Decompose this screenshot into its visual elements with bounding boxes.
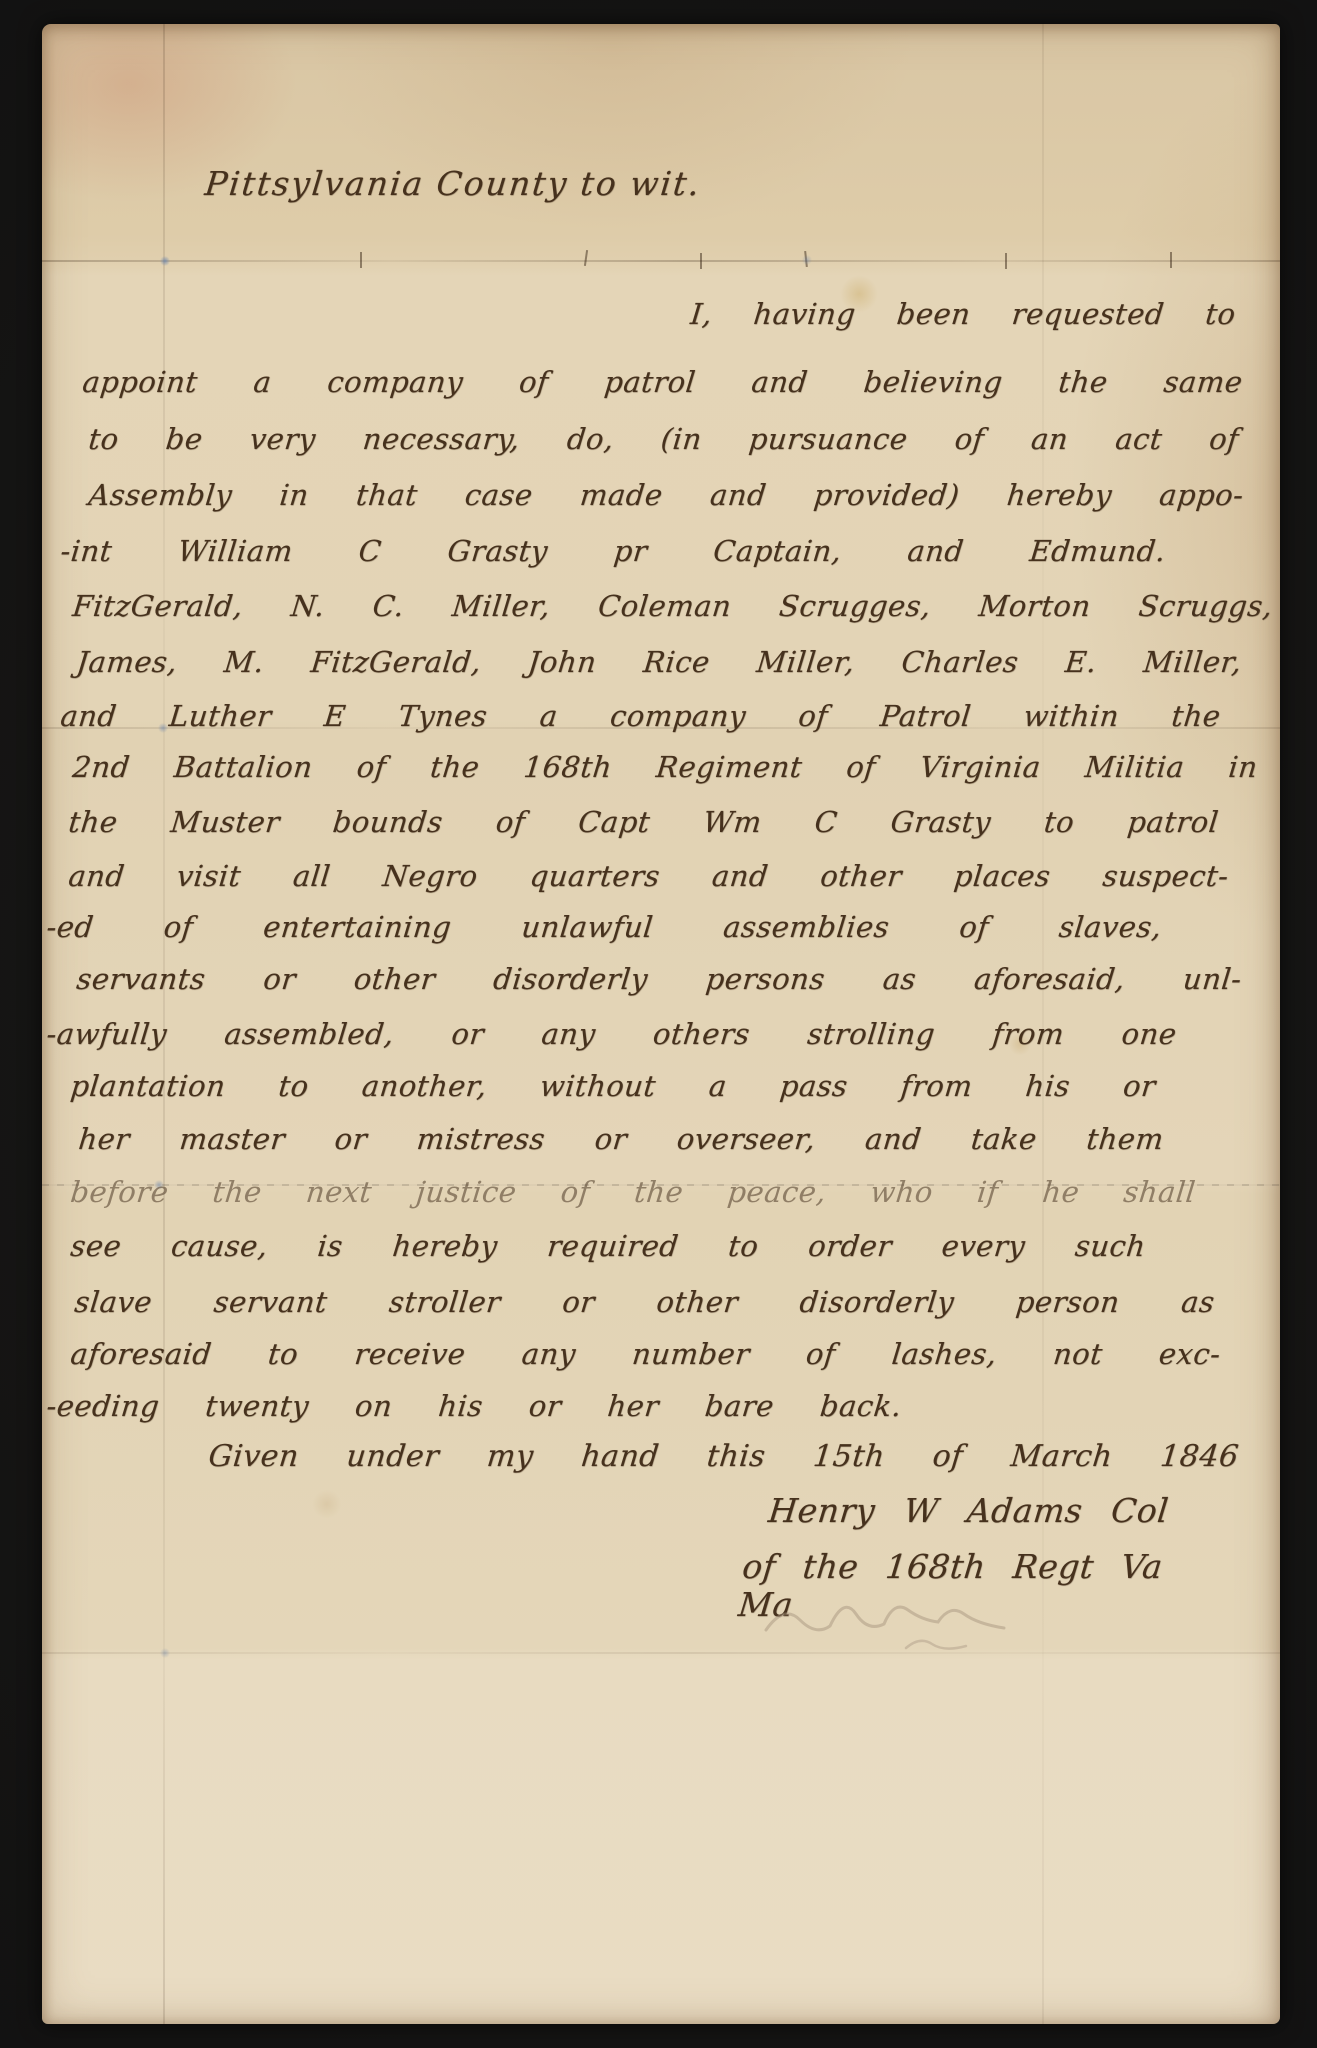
horizontal-fold-crease	[42, 1652, 1280, 1654]
manuscript-line: and Luther E Tynes a company of Patrol w…	[58, 700, 1223, 744]
manuscript-line: -ed of entertaining unlawful assemblies …	[44, 911, 1164, 955]
manuscript-line: aforesaid to receive any number of lashe…	[68, 1338, 1223, 1382]
dateline: Given under my hand this 15th of March 1…	[206, 1440, 1241, 1486]
signature-name: Henry W Adams Col	[765, 1492, 1170, 1540]
manuscript-line: the Muster bounds of Capt Wm C Grasty to…	[66, 806, 1221, 850]
document-heading: Pittsylvania County to wit.	[203, 165, 703, 203]
manuscript-line: see cause, is hereby required to order e…	[68, 1230, 1148, 1274]
manuscript-line: to be very necessary, do, (in pursuance …	[86, 423, 1241, 467]
manuscript-line: before the next justice of the peace, wh…	[68, 1176, 1198, 1220]
manuscript-line: James, M. FitzGerald, John Rice Miller, …	[74, 646, 1244, 690]
manuscript-line: Assembly in that case made and provided)…	[86, 479, 1246, 523]
manuscript-line: FitzGerald, N. C. Miller, Coleman Scrugg…	[70, 590, 1275, 634]
manuscript-line: appoint a company of patrol and believin…	[80, 366, 1245, 410]
manuscript-line: and visit all Negro quarters and other p…	[66, 860, 1231, 904]
fold-tick-mark	[1170, 252, 1172, 268]
fold-intersection-dot	[802, 255, 812, 265]
manuscript-line: 2nd Battalion of the 168th Regiment of V…	[70, 751, 1260, 795]
manuscript-line: -int William C Grasty pr Captain, and Ed…	[58, 535, 1168, 579]
manuscript-line: slave servant stroller or other disorder…	[72, 1286, 1217, 1330]
fold-tick-mark	[700, 253, 702, 269]
manuscript-line: her master or mistress or overseer, and …	[76, 1123, 1166, 1167]
manuscript-line: I, having been requested to	[688, 298, 1238, 342]
fold-tick-mark	[1005, 253, 1007, 269]
fold-intersection-dot	[160, 1648, 170, 1658]
manuscript-line: servants or other disorderly persons as …	[74, 963, 1244, 1007]
manuscript-line: plantation to another, without a pass fr…	[68, 1070, 1158, 1114]
manuscript-line: -awfully assembled, or any others stroll…	[44, 1018, 1179, 1062]
manuscript-line: -eeding twenty on his or her bare back.	[44, 1390, 904, 1434]
fold-tick-mark	[360, 252, 362, 268]
pencil-mark	[756, 1578, 1026, 1658]
horizontal-fold-crease	[42, 260, 1280, 262]
scan-background: Pittsylvania County to wit. I, having be…	[0, 0, 1317, 2048]
fold-intersection-dot	[160, 256, 170, 266]
